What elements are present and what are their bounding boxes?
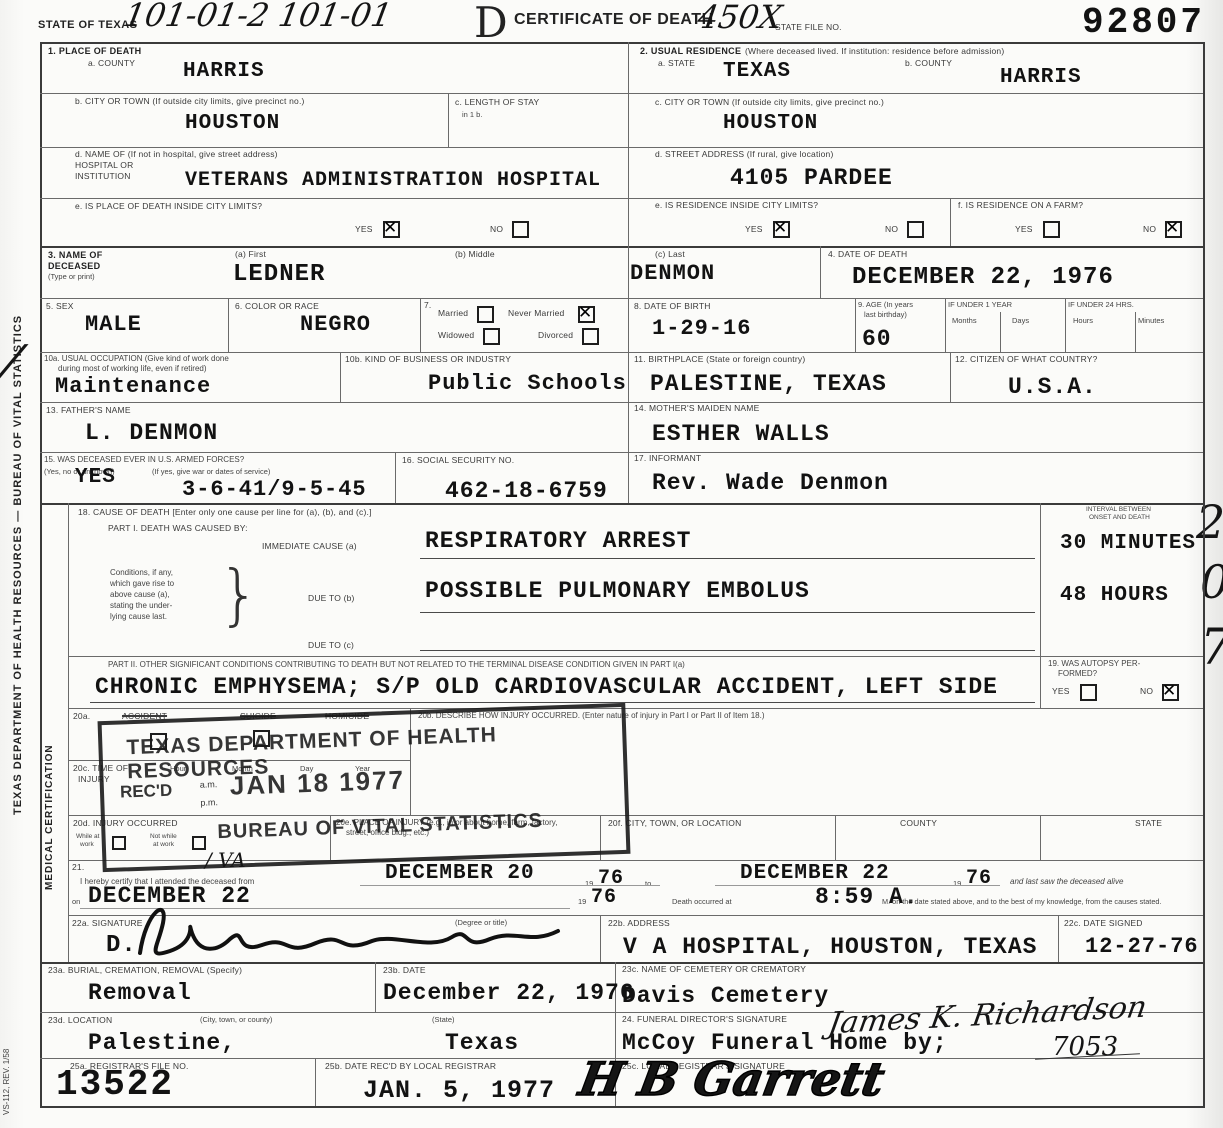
conditions-note-3: above cause (a), bbox=[110, 590, 170, 599]
while-at-work-label-1: While at bbox=[76, 833, 99, 840]
street-address-label: d. STREET ADDRESS (If rural, give locati… bbox=[655, 149, 834, 159]
due-to-c-label: DUE TO (c) bbox=[308, 640, 354, 650]
conditions-note-2: which gave rise to bbox=[110, 579, 174, 588]
mothers-maiden-name-value: ESTHER WALLS bbox=[652, 421, 830, 447]
if-under-24-hrs-label: IF UNDER 24 HRS. bbox=[1068, 300, 1134, 309]
death-occurred-label: Death occurred at bbox=[672, 897, 732, 906]
city-or-town-label: b. CITY OR TOWN (If outside city limits,… bbox=[75, 96, 305, 106]
due-to-b-label: DUE TO (b) bbox=[308, 593, 355, 603]
street-address-value: 4105 PARDEE bbox=[730, 165, 893, 191]
part1-label: PART I. DEATH WAS CAUSED BY: bbox=[108, 523, 248, 533]
stamp-bureau-line: BUREAU OF VITAL STATISTICS bbox=[217, 810, 543, 844]
if-under-1-year-label: IF UNDER 1 YEAR bbox=[948, 300, 1012, 309]
armed-forces-label: 15. WAS DECEASED EVER IN U.S. ARMED FORC… bbox=[44, 455, 244, 464]
age-value: 60 bbox=[862, 326, 892, 352]
usual-residence-section-sub: (Where deceased lived. If institution: r… bbox=[745, 46, 1004, 56]
social-security-value: 462-18-6759 bbox=[445, 478, 608, 504]
first-name-value: LEDNER bbox=[233, 261, 325, 288]
usual-residence-section-label: 2. USUAL RESIDENCE bbox=[640, 46, 741, 56]
mothers-maiden-name-label: 14. MOTHER'S MAIDEN NAME bbox=[634, 403, 759, 413]
service-dates-label: (If yes, give war or dates of service) bbox=[152, 467, 270, 476]
cemetery-label: 23c. NAME OF CEMETERY OR CREMATORY bbox=[622, 964, 806, 974]
physician-signature bbox=[130, 893, 570, 965]
months-label: Months bbox=[952, 316, 977, 325]
date-signed-value: 12-27-76 bbox=[1085, 934, 1199, 959]
sex-label: 5. SEX bbox=[46, 301, 74, 311]
physician-address-value: V A HOSPITAL, HOUSTON, TEXAS bbox=[623, 934, 1037, 960]
to-year-value: 76 bbox=[966, 867, 992, 890]
date-signed-label: 22c. DATE SIGNED bbox=[1064, 918, 1143, 928]
last-saw-alive-text: and last saw the deceased alive bbox=[1010, 877, 1123, 886]
item-20a-label: 20a. bbox=[73, 711, 90, 721]
residence-limits-yes-checkbox bbox=[773, 221, 790, 238]
age-label-2: last birthday) bbox=[864, 310, 907, 319]
disposition-city-value: Palestine, bbox=[88, 1030, 236, 1056]
farm-yes-checkbox bbox=[1043, 221, 1060, 238]
married-checkbox bbox=[477, 306, 494, 323]
received-stamp: TEXAS DEPARTMENT OF HEALTH RESOURCES REC… bbox=[98, 703, 631, 872]
residence-farm-label: f. IS RESIDENCE ON A FARM? bbox=[958, 200, 1083, 210]
interval-label-2: ONSET AND DEATH bbox=[1089, 514, 1150, 521]
injury-state-label: STATE bbox=[1135, 818, 1162, 828]
interval-b-value: 48 HOURS bbox=[1060, 584, 1169, 607]
disposition-state-sub: (State) bbox=[432, 1015, 455, 1024]
immediate-cause-label: IMMEDIATE CAUSE (a) bbox=[262, 541, 357, 551]
farm-no-label: NO bbox=[1143, 224, 1156, 234]
hospital-name-label-3: INSTITUTION bbox=[75, 171, 131, 181]
degree-or-title-label: (Degree or title) bbox=[455, 918, 507, 927]
conditions-brace: } bbox=[218, 556, 260, 633]
state-file-no-label: STATE FILE NO. bbox=[775, 22, 842, 32]
date-of-death-label: 4. DATE OF DEATH bbox=[828, 249, 907, 259]
autopsy-no-checkbox bbox=[1162, 684, 1179, 701]
certificate-title: CERTIFICATE OF DEATH bbox=[514, 11, 714, 29]
year-prefix-3: 19 bbox=[578, 897, 586, 906]
handwritten-certificate-numbers: 101-01-2 101-01 bbox=[122, 0, 395, 34]
residence-limits-no-checkbox bbox=[907, 221, 924, 238]
widowed-checkbox bbox=[483, 328, 500, 345]
left-margin-agency-text: TEXAS DEPARTMENT OF HEALTH RESOURCES — B… bbox=[12, 125, 24, 815]
funeral-director-label: 24. FUNERAL DIRECTOR'S SIGNATURE bbox=[622, 1014, 787, 1024]
immediate-cause-value: RESPIRATORY ARREST bbox=[425, 528, 691, 554]
death-limits-yes-label: YES bbox=[355, 224, 373, 234]
autopsy-no-label: NO bbox=[1140, 686, 1153, 696]
physician-address-label: 22b. ADDRESS bbox=[608, 918, 670, 928]
handwritten-va: / VA bbox=[205, 848, 246, 872]
residence-limits-yes-label: YES bbox=[745, 224, 763, 234]
registrar-file-no-value: 13522 bbox=[56, 1064, 174, 1105]
stamp-recd-label: REC'D bbox=[120, 781, 173, 803]
farm-yes-label: YES bbox=[1015, 224, 1033, 234]
name-of-deceased-label-1: 3. NAME OF bbox=[48, 250, 103, 260]
industry-label: 10b. KIND OF BUSINESS OR INDUSTRY bbox=[345, 354, 511, 364]
name-of-deceased-label-3: (Type or print) bbox=[48, 272, 95, 281]
date-of-birth-value: 1-29-16 bbox=[652, 316, 751, 341]
registrar-date-value: JAN. 5, 1977 bbox=[363, 1076, 555, 1105]
cause-of-death-label: 18. CAUSE OF DEATH [Enter only one cause… bbox=[78, 507, 372, 517]
stamp-date: JAN 18 1977 bbox=[229, 765, 405, 802]
form-code-vertical: VS-112, REV. 1/58 bbox=[2, 985, 11, 1115]
county-label: a. COUNTY bbox=[88, 58, 135, 68]
part2-label: PART II. OTHER SIGNIFICANT CONDITIONS CO… bbox=[108, 660, 685, 669]
conditions-note-4: stating the under- bbox=[110, 601, 172, 610]
residence-city-label: c. CITY OR TOWN (If outside city limits,… bbox=[655, 97, 884, 107]
occupation-value: Maintenance bbox=[55, 374, 211, 399]
residence-limits-no-label: NO bbox=[885, 224, 898, 234]
informant-label: 17. INFORMANT bbox=[634, 453, 701, 463]
farm-no-checkbox bbox=[1165, 221, 1182, 238]
d-mark: D bbox=[474, 0, 508, 47]
disposition-location-label: 23d. LOCATION bbox=[48, 1015, 112, 1025]
date-of-birth-label: 8. DATE OF BIRTH bbox=[634, 301, 711, 311]
birthplace-value: PALESTINE, TEXAS bbox=[650, 371, 887, 397]
industry-value: Public Schools bbox=[428, 371, 627, 396]
to-label: to bbox=[645, 879, 651, 888]
interval-label-1: INTERVAL BETWEEN bbox=[1086, 506, 1151, 513]
cemetery-value: Davis Cemetery bbox=[622, 983, 829, 1009]
certify-tail-text: M. on the date stated above, and to the … bbox=[882, 897, 1161, 906]
residence-county-value: HARRIS bbox=[1000, 66, 1082, 89]
residence-state-label: a. STATE bbox=[658, 58, 695, 68]
citizen-label: 12. CITIZEN OF WHAT COUNTRY? bbox=[955, 354, 1098, 364]
date-of-death-value: DECEMBER 22, 1976 bbox=[852, 264, 1114, 291]
while-at-work-label-2: work bbox=[80, 841, 94, 848]
attended-from-date: DECEMBER 20 bbox=[385, 862, 535, 885]
service-dates-value: 3-6-41/9-5-45 bbox=[182, 477, 367, 502]
occupation-label-1: 10a. USUAL OCCUPATION (Give kind of work… bbox=[44, 354, 229, 363]
disposition-location-sub: (City, town, or county) bbox=[200, 1015, 272, 1024]
widowed-label: Widowed bbox=[438, 330, 474, 340]
last-seen-year: 76 bbox=[591, 886, 617, 909]
burial-date-label: 23b. DATE bbox=[383, 965, 426, 975]
sex-value: MALE bbox=[85, 312, 142, 337]
part2-value: CHRONIC EMPHYSEMA; S/P OLD CARDIOVASCULA… bbox=[95, 674, 998, 700]
death-limits-no-label: NO bbox=[490, 224, 503, 234]
informant-value: Rev. Wade Denmon bbox=[652, 470, 889, 496]
hospital-name-value: VETERANS ADMINISTRATION HOSPITAL bbox=[185, 169, 601, 192]
autopsy-yes-label: YES bbox=[1052, 686, 1070, 696]
armed-forces-value: YES bbox=[75, 466, 116, 489]
residence-inside-limits-label: e. IS RESIDENCE INSIDE CITY LIMITS? bbox=[655, 200, 818, 210]
days-label: Days bbox=[1012, 316, 1029, 325]
burial-date-value: December 22, 1976 bbox=[383, 980, 635, 1006]
never-married-label: Never Married bbox=[508, 308, 564, 318]
county-of-death-value: HARRIS bbox=[183, 60, 265, 83]
birthplace-label: 11. BIRTHPLACE (State or foreign country… bbox=[634, 354, 805, 364]
divorced-label: Divorced bbox=[538, 330, 573, 340]
on-label: on bbox=[72, 897, 80, 906]
married-label: Married bbox=[438, 308, 468, 318]
hospital-name-label-1: d. NAME OF (If not in hospital, give str… bbox=[75, 149, 278, 159]
social-security-label: 16. SOCIAL SECURITY NO. bbox=[402, 455, 514, 465]
residence-city-value: HOUSTON bbox=[723, 112, 818, 135]
never-married-checkbox bbox=[578, 306, 595, 323]
local-registrar-signature: H B Garrett bbox=[575, 1052, 888, 1106]
burial-removal-value: Removal bbox=[88, 980, 192, 1006]
death-certificate-scan: TEXAS DEPARTMENT OF HEALTH RESOURCES — B… bbox=[0, 0, 1223, 1128]
length-of-stay-label: c. LENGTH OF STAY bbox=[455, 97, 539, 107]
first-name-label: (a) First bbox=[235, 249, 266, 259]
fathers-name-label: 13. FATHER'S NAME bbox=[46, 405, 131, 415]
due-to-b-value: POSSIBLE PULMONARY EMBOLUS bbox=[425, 578, 810, 604]
medical-certification-vertical-label: MEDICAL CERTIFICATION bbox=[44, 615, 55, 890]
hospital-name-label-2: HOSPITAL OR bbox=[75, 160, 133, 170]
conditions-note-5: lying cause last. bbox=[110, 612, 167, 621]
interval-a-value: 30 MINUTES bbox=[1060, 532, 1196, 555]
marital-status-label: 7. bbox=[424, 300, 432, 310]
handwritten-code-450x: 450X bbox=[695, 0, 784, 36]
minutes-label: Minutes bbox=[1138, 316, 1164, 325]
residence-county-label: b. COUNTY bbox=[905, 58, 952, 68]
autopsy-label-1: 19. WAS AUTOPSY PER- bbox=[1048, 659, 1140, 668]
disposition-state-value: Texas bbox=[445, 1030, 519, 1056]
citizen-value: U.S.A. bbox=[1008, 374, 1097, 400]
last-name-value: DENMON bbox=[630, 261, 715, 286]
fathers-name-value: L. DENMON bbox=[85, 420, 218, 446]
name-of-deceased-label-2: DECEASED bbox=[48, 261, 100, 271]
middle-name-label: (b) Middle bbox=[455, 249, 495, 259]
state-file-number: 92807 bbox=[1082, 2, 1205, 43]
stamp-pm-label: p.m. bbox=[200, 797, 218, 808]
last-name-label: (c) Last bbox=[655, 249, 685, 259]
place-of-death-section-label: 1. PLACE OF DEATH bbox=[48, 46, 141, 56]
death-limits-yes-checkbox bbox=[383, 221, 400, 238]
hours-label: Hours bbox=[1073, 316, 1093, 325]
burial-removal-label: 23a. BURIAL, CREMATION, REMOVAL (Specify… bbox=[48, 965, 242, 975]
item-21-label: 21. bbox=[72, 862, 84, 872]
age-label-1: 9. AGE (In years bbox=[858, 300, 913, 309]
attended-to-date: DECEMBER 22 bbox=[740, 862, 890, 885]
occupation-label-2: during most of working life, even if ret… bbox=[58, 364, 207, 373]
race-value: NEGRO bbox=[300, 312, 371, 337]
death-limits-no-checkbox bbox=[512, 221, 529, 238]
year-prefix-2: 19 bbox=[953, 879, 961, 888]
conditions-note-1: Conditions, if any, bbox=[110, 568, 173, 577]
length-of-stay-sub: in 1 b. bbox=[462, 110, 482, 119]
stamp-am-label: a.m. bbox=[200, 779, 218, 790]
color-or-race-label: 6. COLOR OR RACE bbox=[235, 301, 319, 311]
autopsy-yes-checkbox bbox=[1080, 684, 1097, 701]
city-of-death-value: HOUSTON bbox=[185, 112, 280, 135]
death-inside-city-limits-label: e. IS PLACE OF DEATH INSIDE CITY LIMITS? bbox=[75, 201, 262, 211]
divorced-checkbox bbox=[582, 328, 599, 345]
autopsy-label-2: FORMED? bbox=[1058, 669, 1097, 678]
injury-county-label: COUNTY bbox=[900, 818, 937, 828]
residence-state-value: TEXAS bbox=[723, 60, 791, 83]
registrar-date-label: 25b. DATE REC'D BY LOCAL REGISTRAR bbox=[325, 1061, 496, 1071]
